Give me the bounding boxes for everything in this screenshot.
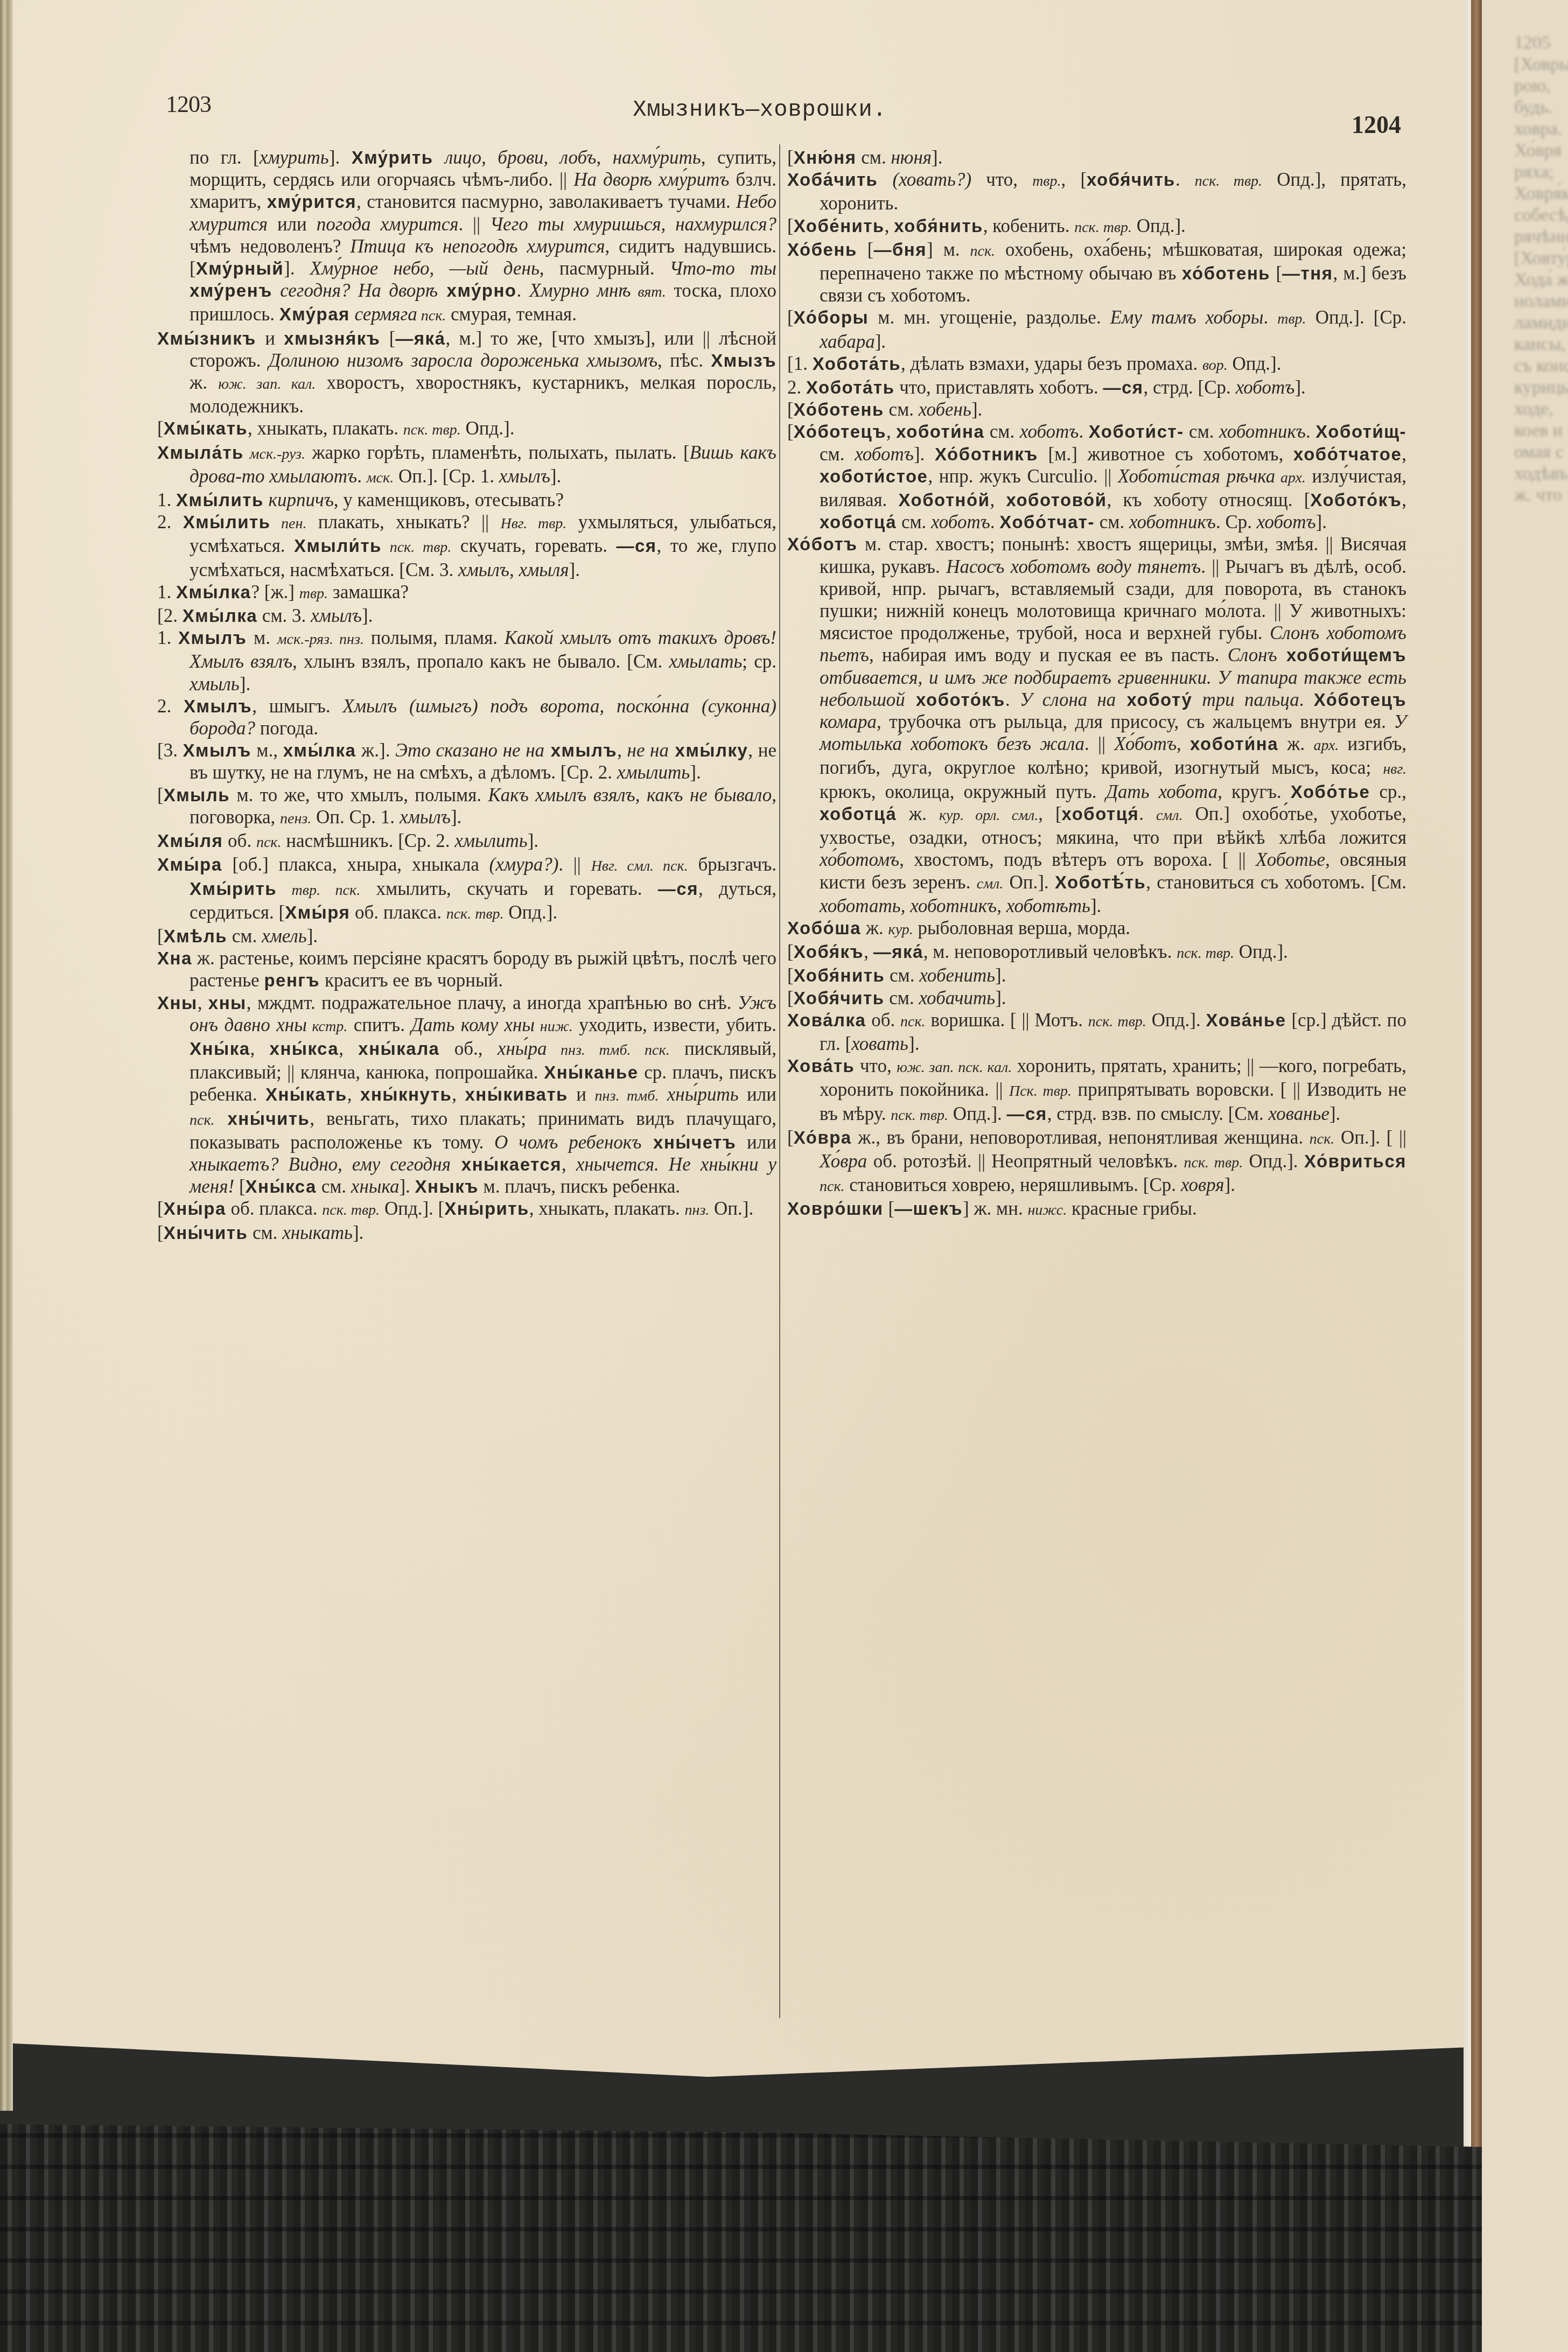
entry-text: ж., въ брани, неповоротливая, непонятлив…	[852, 1127, 1310, 1148]
headword: —ся	[658, 879, 698, 899]
entry-text: , кругъ.	[1217, 781, 1291, 802]
region-label: пск. твр.	[322, 1202, 380, 1219]
region-label: пнз. тмб.	[595, 1088, 659, 1104]
entry-text: ].	[908, 1033, 919, 1054]
entry-text: Опд.].	[1234, 941, 1288, 962]
dictionary-entry: [Хо́боры м. мн. угощеніе, раздолье. Ему …	[787, 306, 1406, 352]
headword: Хмы́ря	[285, 902, 350, 922]
dictionary-entry: [Хмѣль см. хмель].	[157, 925, 776, 947]
entry-text: м. плачъ, пискъ ребенка.	[479, 1176, 680, 1197]
entry-text: , хныкать, плакать.	[248, 418, 403, 439]
entry-text: брызгачъ.	[688, 854, 776, 875]
italic-text: Хмурно мнѣ	[529, 280, 631, 301]
entry-text: Опд.].	[1243, 1151, 1304, 1172]
italic-text: На дворѣ хму́ритъ	[573, 169, 729, 190]
entry-text: ].	[329, 147, 352, 168]
italic-text: хмылать	[669, 651, 742, 672]
entry-text: и	[568, 1084, 595, 1105]
dictionary-entry: Хова́ть что, юж. зап. пск. кал. хоронить…	[787, 1055, 1406, 1126]
headword: Хмылъ	[184, 696, 252, 716]
entry-text: ; ср.	[742, 651, 776, 672]
italic-text: хоботникъ	[1129, 512, 1216, 533]
entry-text: [	[157, 926, 164, 947]
entry-text: [	[157, 785, 164, 806]
dictionary-entry: [Хо́вра ж., въ брани, неповоротливая, не…	[787, 1126, 1406, 1198]
headword: —яка́	[395, 328, 445, 348]
entry-text: [	[787, 965, 794, 986]
headword: Хоботно́й	[898, 490, 990, 510]
entry-text: .	[357, 466, 367, 487]
headword: Хмы́лка	[183, 606, 257, 626]
region-label: арх.	[1314, 737, 1339, 754]
entry-text: , у каменщиковъ, отесывать?	[334, 489, 564, 510]
headword: хны	[208, 993, 247, 1013]
entry-text: см.	[984, 421, 1019, 442]
entry-text: ж.].	[356, 740, 395, 761]
headword: хобя́нить	[894, 216, 983, 236]
entry-text: . ||	[558, 854, 591, 875]
region-label: ниж.	[535, 1018, 573, 1035]
headword: Хоботи́ст-	[1089, 422, 1184, 442]
headword: Хмы́зникъ	[157, 328, 256, 348]
entry-text: , хлынъ взялъ, пропало какъ не бывало. […	[292, 651, 669, 672]
italic-text: Хоботи́стая рѣчка	[1118, 466, 1275, 487]
region-label: пск. твр.	[382, 539, 451, 556]
dictionary-entry: [Хобя́къ, —яка́, м. неповоротливый челов…	[787, 941, 1406, 964]
region-label: твр.	[1032, 173, 1061, 190]
entry-text: м. то же, что хмылъ, полымя.	[230, 785, 488, 806]
entry-text: .	[517, 280, 529, 301]
entry-text: ,	[617, 740, 627, 761]
entry-text: 1.	[157, 489, 176, 510]
italic-text: хмылъ, хмыля	[458, 559, 569, 580]
region-label: твр. пск.	[277, 882, 360, 899]
dictionary-entry: 1. Хмы́лка? [ж.] твр. замашка?	[157, 581, 776, 605]
region-label: юж. зап. пск. кал.	[897, 1059, 1012, 1076]
headword: Хмы́лить	[183, 512, 271, 532]
entry-text: чѣмъ недоволенъ?	[190, 236, 350, 257]
italic-text: не на	[627, 740, 669, 761]
entry-text: м.	[247, 627, 277, 648]
dictionary-entry: Хмыла́ть мск.-руз. жарко горѣть, пламенѣ…	[157, 442, 776, 489]
entry-text: см.	[227, 926, 262, 947]
headword: Хны́кать	[265, 1084, 347, 1104]
dictionary-entry: Хмы́зникъ и хмызня́къ [—яка́, м.] то же,…	[157, 327, 776, 418]
region-label: кур.	[888, 921, 913, 938]
entry-text: .	[990, 512, 1000, 533]
entry-text: ,	[198, 992, 208, 1013]
headword: —тня	[1282, 263, 1333, 283]
headword: Хмы́лка	[176, 582, 251, 602]
italic-text: хоботать, хоботникъ, хоботѣть	[820, 895, 1090, 916]
entry-text: Опд.].	[1146, 1010, 1206, 1031]
entry-text: полымя, пламя.	[364, 627, 505, 648]
italic-text: хмылить	[454, 830, 528, 851]
entry-text: см.	[884, 399, 919, 420]
headword: Хобя́къ	[794, 942, 864, 962]
headword: Хню́ня	[794, 148, 857, 167]
region-label: пск. твр.	[1177, 945, 1234, 962]
headword: —яка́	[873, 942, 923, 962]
entry-text: ].	[932, 147, 942, 168]
headword: хоботи́на	[1190, 734, 1278, 754]
entry-text: [	[234, 1176, 245, 1197]
region-label: нвг.	[1383, 761, 1406, 778]
region-label: твр.	[299, 585, 328, 602]
dictionary-entry: по гл. [хмурить]. Хму́рить лицо, брови, …	[157, 146, 776, 327]
entry-text: Опд.].	[461, 418, 515, 439]
italic-text: Хо́ботъ	[1114, 733, 1177, 754]
region-label: пск.	[190, 1112, 215, 1129]
next-page-line: ж. что	[1514, 485, 1568, 506]
entry-text: м. мн. угощеніе, раздолье.	[869, 307, 1110, 328]
entry-text: .	[1079, 421, 1089, 442]
entry-text: .	[1263, 307, 1277, 328]
background-mesh	[0, 2124, 1482, 2352]
entry-text: смурая, темная.	[446, 304, 577, 325]
headword: Хмызъ	[711, 351, 776, 370]
entry-text: об.,	[439, 1038, 497, 1059]
dictionary-entry: Хны, хны, мждмт. подражательное плачу, а…	[157, 992, 776, 1198]
headword: Хо́ботникъ	[935, 444, 1038, 464]
headword: Хобото́къ	[1310, 490, 1402, 510]
entry-text: ].	[451, 807, 461, 828]
dictionary-entry: Хо́бень [—бня] м. пск. охобень, оха́бень…	[787, 239, 1406, 307]
next-page-line: собесѣд	[1514, 205, 1568, 226]
entry-text: краситъ ее въ чорный.	[320, 970, 503, 991]
next-page-line: коев и	[1514, 420, 1568, 442]
italic-text: хныкаетъ? Видно, ему сегодня	[190, 1154, 451, 1175]
italic-text: хмурить	[260, 147, 329, 168]
italic-text: три пальца	[1192, 689, 1299, 710]
entry-text: ,	[452, 1084, 465, 1105]
headword: —ся	[616, 536, 656, 556]
italic-text: Насосъ хоботомъ воду тянетъ	[946, 556, 1201, 577]
dictionary-entry: [Хобе́нить, хобя́нить, кобенить. пск. тв…	[787, 215, 1406, 239]
dictionary-entry: 1. Хмылъ м. мск.-ряз. пнз. полымя, пламя…	[157, 627, 776, 695]
region-label: пен.	[270, 515, 306, 532]
italic-text: Что-то ты	[670, 258, 776, 279]
entry-text: ].	[240, 674, 250, 695]
entry-text: .	[1175, 169, 1195, 190]
region-label: пск. твр.	[891, 1107, 948, 1124]
column-divider	[779, 144, 780, 2018]
entry-text: , стрд. взв. по смыслу. [См.	[1047, 1103, 1269, 1124]
region-label: вор.	[1202, 357, 1228, 374]
italic-text: лицо, брови, лобъ, нахму́рить	[433, 147, 701, 168]
italic-text: хоботъ	[1236, 377, 1295, 398]
region-label: смл.	[977, 876, 1004, 892]
entry-text: ,	[1402, 444, 1406, 465]
dictionary-entry: [Хо́ботень см. хобень].	[787, 398, 1406, 421]
entry-text: [	[787, 307, 794, 328]
entry-text: и	[256, 328, 284, 349]
region-label: пск. твр.	[1088, 1013, 1146, 1030]
next-page-line: [Ховрыга	[1514, 54, 1568, 75]
next-page-line: кансы,	[1514, 334, 1568, 355]
headword: Хмылъ	[178, 628, 247, 648]
headword: Хна	[157, 948, 192, 968]
region-label: Пск. твр.	[1009, 1083, 1072, 1100]
left-column: по гл. [хмурить]. Хму́рить лицо, брови, …	[157, 146, 776, 1244]
headword: хоботи́щемъ	[1277, 645, 1406, 665]
entry-text: или	[736, 1132, 776, 1153]
italic-text: хобенить	[919, 965, 995, 986]
region-label: пск. твр.	[403, 422, 461, 438]
page-number-right: 1204	[1352, 110, 1401, 139]
headword: хоботу́	[1116, 690, 1192, 710]
italic-text: Птица къ непогодѣ хмурится	[350, 236, 605, 257]
headword: хму́ренъ	[190, 281, 272, 300]
entry-text: ,	[339, 1038, 358, 1059]
dictionary-entry: [Хобя́чить см. хобачить].	[787, 987, 1406, 1009]
entry-text: , шмыгъ.	[252, 696, 342, 717]
headword: Хны́ра	[164, 1199, 226, 1219]
entry-text: [	[857, 239, 874, 260]
italic-text: сермяга	[350, 304, 417, 325]
region-label: пнз. тмб. пск.	[547, 1042, 669, 1059]
headword: хмы́лку	[669, 740, 748, 760]
entry-text: спитъ.	[347, 1014, 411, 1035]
entry-text: ].	[995, 965, 1006, 986]
entry-text: Оп.]. [ ||	[1334, 1127, 1406, 1148]
entry-text: что,	[855, 1055, 897, 1076]
italic-text: хны́рить	[659, 1084, 738, 1105]
entry-text: , [	[1061, 169, 1087, 190]
entry-text: [1.	[787, 353, 813, 374]
entry-text: ].	[284, 258, 310, 279]
next-page-line: Хо́вря	[1514, 140, 1568, 162]
headword: Хобе́нить	[794, 216, 885, 236]
entry-text: Оп.].	[1003, 872, 1055, 893]
entry-text: [м.] животное съ хоботомъ,	[1038, 444, 1293, 465]
entry-text: ] ж. мн.	[963, 1198, 1027, 1219]
next-page-line: рою,	[1514, 75, 1568, 97]
headword: Хму́рный	[196, 258, 284, 278]
entry-text: , дѣлать взмахи, удары безъ промаха.	[901, 353, 1202, 374]
region-label: Нвг. смл. пск.	[591, 858, 688, 874]
headword: хоботи́на	[896, 422, 984, 442]
entry-text: ? [ж.]	[251, 582, 299, 603]
entry-text: ].	[995, 988, 1006, 1009]
italic-text: (хмура?)	[489, 854, 559, 875]
dictionary-entry: [Хобя́нить см. хобенить].	[787, 964, 1406, 986]
entry-text: ].	[1316, 512, 1327, 533]
headword: Хмыль	[164, 785, 230, 805]
headword: хобя́чить	[1087, 170, 1175, 190]
entry-text: жарко горѣть, пламенѣть, полыхать, пылат…	[305, 442, 690, 463]
headword: Хобо́тье	[1291, 782, 1370, 802]
headword: —шекъ	[894, 1199, 963, 1219]
headword: Хоботѣ́ть	[1055, 872, 1146, 892]
region-label: твр.	[1277, 311, 1306, 327]
headword: хоботца́	[820, 512, 897, 532]
italic-text: хо́ботомъ	[820, 849, 899, 870]
entry-text: Опд.].	[504, 902, 558, 923]
region-label: пнз.	[684, 1202, 709, 1219]
headword: хмызня́къ	[284, 328, 380, 348]
entry-text: Оп. Ср. 1.	[311, 807, 400, 828]
entry-text: , становиться съ хоботомъ. [См.	[1146, 872, 1406, 893]
entry-text: 2.	[157, 696, 184, 717]
entry-text: ,	[1177, 733, 1190, 754]
italic-text: хоботъ	[855, 444, 914, 465]
entry-text: [	[787, 215, 794, 236]
next-page-line: ходе,	[1514, 398, 1568, 420]
entry-text: см.	[885, 965, 919, 986]
next-page-line: съ конск	[1514, 355, 1568, 377]
headword: Хо́ботецъ	[794, 422, 886, 442]
headword: хны́кса	[270, 1039, 339, 1059]
entry-text: Опд.].	[1228, 353, 1282, 374]
dictionary-entry: [Хмыль м. то же, что хмылъ, полымя. Какъ…	[157, 784, 776, 830]
entry-text: , хвостомъ, подъ вѣтеръ отъ вороха. [ ||	[899, 849, 1256, 870]
entry-text: . Ср.	[1216, 512, 1257, 533]
entry-text: , нпр. жукъ Curculio. ||	[928, 466, 1117, 487]
entry-text: ].	[914, 444, 935, 465]
headword: хны́кнуть	[360, 1084, 452, 1104]
headword: Хны́канье	[544, 1062, 639, 1082]
entry-text: об. плакса.	[226, 1198, 322, 1219]
entry-text: см.	[248, 1222, 282, 1243]
entry-text: ж.	[1278, 733, 1313, 754]
entry-text: 2.	[157, 512, 183, 533]
headword: Хо́вра	[794, 1128, 852, 1147]
headword: хны́кала	[358, 1039, 439, 1059]
page-edge	[1464, 0, 1471, 2352]
dictionary-entry: [3. Хмылъ м., хмы́лка ж.]. Это сказано н…	[157, 739, 776, 783]
entry-text: скучать, горевать.	[451, 535, 616, 556]
entry-text: уходить, извести, убить.	[573, 1014, 776, 1035]
italic-text: Чего ты хмуришься, нахмурился?	[490, 214, 776, 235]
dictionary-entry: Хоба́чить (ховать?) что, твр., [хобя́чит…	[787, 169, 1406, 214]
entry-text: , пѣс.	[657, 350, 711, 371]
entry-text: [	[787, 941, 794, 962]
region-label: пск.	[970, 243, 996, 260]
italic-text: хоботъ	[931, 512, 990, 533]
entry-text: [	[787, 147, 794, 168]
headword: Хоботи́щ-	[1315, 422, 1406, 442]
entry-text: м.,	[251, 740, 283, 761]
entry-text: плакать, хныкать? ||	[306, 512, 500, 533]
entry-text: ].	[569, 559, 580, 580]
headword: хо́ботень	[1182, 263, 1270, 283]
entry-text: [	[157, 1222, 164, 1243]
headword: Хова́нье	[1206, 1010, 1286, 1030]
italic-text: Ему тамъ хоборы	[1110, 307, 1264, 328]
entry-text: красные грибы.	[1067, 1198, 1197, 1219]
dictionary-entry: 2. Хобота́ть что, приставлять хоботъ. —с…	[787, 376, 1406, 398]
entry-text: ,	[1402, 489, 1406, 510]
headword: хму́рно	[438, 281, 516, 300]
entry-text: ,	[250, 1038, 270, 1059]
headword: Хны́рить	[444, 1199, 529, 1219]
entry-text: . ||	[458, 214, 490, 235]
italic-text: Хоботье	[1256, 849, 1325, 870]
entry-text: об. плакса.	[350, 902, 446, 923]
dictionary-entry: [Хню́ня см. нюня].	[787, 146, 1406, 169]
entry-text: , набирая имъ воду и пуская ее въ пасть.	[869, 645, 1228, 666]
entry-text: ,	[886, 421, 896, 442]
headword: хмы́лка	[283, 740, 356, 760]
headword: хоботи́стое	[820, 466, 928, 486]
entry-text: ж.	[897, 803, 939, 824]
entry-text: по гл. [	[190, 147, 260, 168]
dictionary-entry: [2. Хмы́лка см. 3. хмылъ].	[157, 605, 776, 627]
entry-text: ].	[528, 830, 538, 851]
italic-text: Хму́рное небо, —ый день	[310, 258, 540, 279]
italic-text: Хо́вра	[820, 1151, 867, 1172]
headword: Хмы́лить	[176, 490, 264, 510]
headword: Хмы́ля	[157, 831, 223, 851]
entry-text: , пасмурный.	[540, 258, 670, 279]
entry-text: воришка. [ || Мотъ.	[926, 1010, 1088, 1031]
italic-text: хмылъ	[499, 466, 550, 487]
entry-text: ж.	[190, 372, 218, 393]
entry-text: 2.	[787, 377, 806, 398]
entry-text: ].	[1329, 1103, 1340, 1124]
region-label: пенз.	[280, 810, 311, 827]
entry-text: , м. неповоротливый человѣкъ.	[923, 941, 1177, 962]
entry-text: ].	[1224, 1174, 1235, 1195]
entry-text: [3.	[157, 740, 183, 761]
entry-text: .	[1299, 689, 1314, 710]
entry-text: ,	[562, 1154, 576, 1175]
italic-text: хмылить	[617, 762, 690, 783]
headword: Хмы́кать	[164, 418, 248, 438]
headword: —бня	[873, 240, 927, 260]
dictionary-entry: [Хо́ботецъ, хоботи́на см. хоботъ. Хоботи…	[787, 421, 1406, 533]
region-label: пск. твр.	[1184, 1154, 1243, 1171]
next-page-line: рячѣнн	[1514, 226, 1568, 248]
next-page-line: омая с	[1514, 442, 1568, 463]
headword: Хо́ботецъ	[1314, 690, 1406, 710]
headword: хны́кается	[451, 1154, 562, 1174]
region-label: мск.	[367, 470, 394, 486]
italic-text: ховря	[1181, 1174, 1224, 1195]
italic-text: кирпичъ	[264, 489, 334, 510]
entry-text: Опд.].	[948, 1103, 1006, 1124]
dictionary-entry: Хова́лка об. пск. воришка. [ || Мотъ. пс…	[787, 1009, 1406, 1055]
entry-text: хмылить, скучать и горевать.	[360, 878, 658, 899]
headword: Хмыла́ть	[157, 443, 244, 463]
italic-text: Какъ хмылъ взялъ, какъ не бывало	[488, 785, 772, 806]
italic-text: хоботъ	[1257, 512, 1316, 533]
entry-text: [	[157, 418, 164, 439]
entry-text: см.	[820, 444, 855, 465]
entry-text: [	[787, 1127, 794, 1148]
italic-text: хныка	[351, 1176, 400, 1197]
entry-text: [	[787, 421, 794, 442]
entry-text: ж.	[861, 918, 888, 939]
entry-text: Опд.].	[1132, 215, 1186, 236]
entry-text: , хныкать, плакать.	[529, 1198, 685, 1219]
entry-text: см.	[885, 988, 919, 1009]
entry-text: ,	[347, 1084, 360, 1105]
region-label: кур. орл. смл.	[939, 807, 1038, 824]
italic-text: комара	[820, 711, 877, 732]
entry-text: погода.	[255, 718, 318, 739]
headword: Хны́кса	[246, 1177, 317, 1196]
entry-text: , мждмт. подражательное плачу, а иногда …	[247, 992, 738, 1013]
dictionary-entry: [Хмы́кать, хныкать, плакать. пск. твр. О…	[157, 417, 776, 441]
entry-text: замашка?	[328, 582, 409, 603]
entry-text: см.	[897, 512, 931, 533]
entry-text: ].	[690, 762, 701, 783]
next-page-fragment: 1205 [Ховрыгарою,будь.ховра.Хо́вряряха;Х…	[1482, 0, 1568, 2352]
dictionary-entry: [Хны́чить см. хныкать].	[157, 1222, 776, 1244]
italic-text: хоботъ	[1020, 421, 1079, 442]
